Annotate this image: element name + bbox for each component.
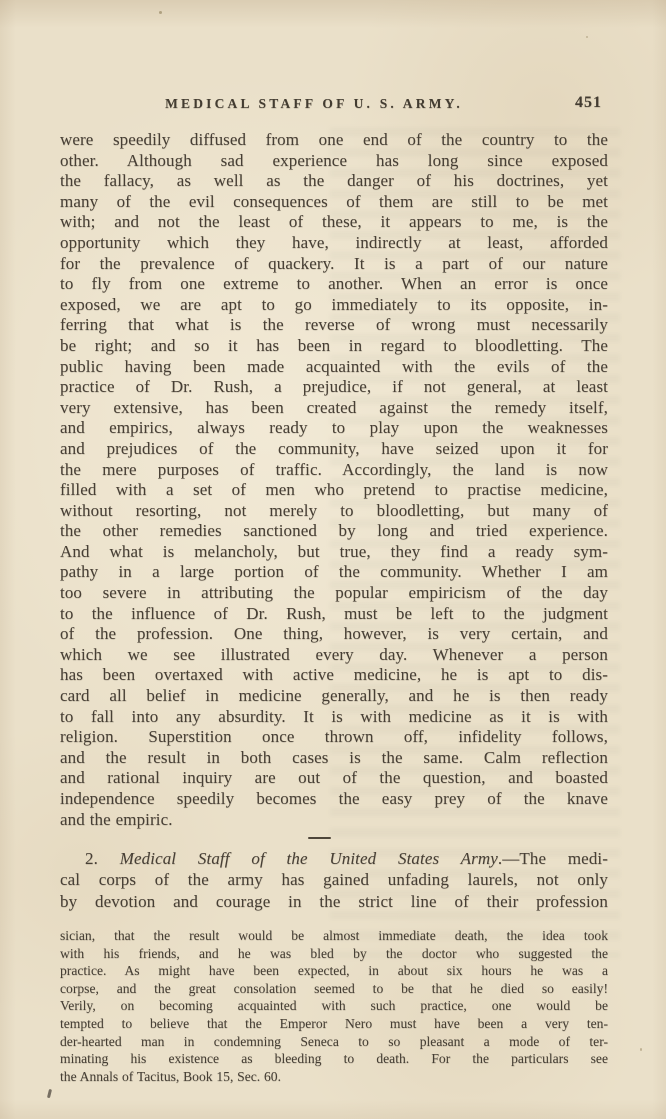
text-line: which we see illustrated every day. When… <box>60 645 608 666</box>
text-line: ferring that what is the reverse of wron… <box>60 315 608 336</box>
text-line: and the result in both cases is the same… <box>60 748 608 769</box>
text-line: without resorting, not merely to bloodle… <box>60 501 608 522</box>
text-line: the other remedies sanctioned by long an… <box>60 521 608 542</box>
text-line: the fallacy, as well as the danger of hi… <box>60 171 608 192</box>
footnote-line: minating his existence as bleeding to de… <box>60 1050 608 1068</box>
text-line: very extensive, has been created against… <box>60 398 608 419</box>
text-line: by devotion and courage in the strict li… <box>60 891 608 912</box>
text-line: too severe in attributing the popular em… <box>60 583 608 604</box>
text-line: exposed, we are apt to go immediately to… <box>60 295 608 316</box>
text-line: and prejudices of the community, have se… <box>60 439 608 460</box>
text-line: religion. Superstition once thrown off, … <box>60 727 608 748</box>
footnote-line: practice. As might have been expected, i… <box>60 962 608 980</box>
section-title-italic: Medical Staff of the United States Army <box>120 849 498 868</box>
text-line: cal corps of the army has gained unfadin… <box>60 869 608 890</box>
section-divider-rule <box>308 837 331 839</box>
body-paragraph: were speedily diffused from one end of t… <box>60 130 608 830</box>
paper-speck <box>586 36 588 38</box>
text-block: MEDICAL STAFF OF U. S. ARMY. 451 were sp… <box>60 94 608 1085</box>
text-line: were speedily diffused from one end of t… <box>60 130 608 151</box>
text-line: card all belief in medicine generally, a… <box>60 686 608 707</box>
running-head-title: MEDICAL STAFF OF U. S. ARMY. <box>60 96 568 112</box>
ink-mark <box>47 1089 52 1098</box>
text-line: to the influence of Dr. Rush, must be le… <box>60 604 608 625</box>
text-line: to fly from one extreme to another. When… <box>60 274 608 295</box>
footnote-line: corpse, and the great consolation seemed… <box>60 980 608 998</box>
section-heading-line: 2. Medical Staff of the United States Ar… <box>60 848 608 869</box>
text-line: And what is melancholy, but true, they f… <box>60 542 608 563</box>
text-line: to fall into any absurdity. It is with m… <box>60 707 608 728</box>
footnote-line: sician, that the result would be almost … <box>60 927 608 945</box>
text-line: of the profession. One thing, however, i… <box>60 624 608 645</box>
footnote-block: sician, that the result would be almost … <box>60 927 608 1085</box>
section-paragraph: 2. Medical Staff of the United States Ar… <box>60 848 608 912</box>
text-line: other. Although sad experience has long … <box>60 151 608 172</box>
text-line: and empirics, always ready to play upon … <box>60 418 608 439</box>
footnote-line: the Annals of Tacitus, Book 15, Sec. 60. <box>60 1068 608 1086</box>
text-line: pathy in a large portion of the communit… <box>60 562 608 583</box>
section-title-continuation: .—The medi- <box>498 849 608 868</box>
text-line: the mere purposes of traffic. Accordingl… <box>60 460 608 481</box>
footnote-line: tempted to believe that the Emperor Nero… <box>60 1015 608 1033</box>
book-page: MEDICAL STAFF OF U. S. ARMY. 451 were sp… <box>0 0 666 1119</box>
text-line: practice of Dr. Rush, a prejudice, if no… <box>60 377 608 398</box>
text-line: filled with a set of men who pretend to … <box>60 480 608 501</box>
footnote-line: with his friends, and he was bled by the… <box>60 945 608 963</box>
page-number: 451 <box>575 94 602 112</box>
page-header: MEDICAL STAFF OF U. S. ARMY. 451 <box>60 94 608 116</box>
text-line: be right; and so it has been in regard t… <box>60 336 608 357</box>
text-line: opportunity which they have, indirectly … <box>60 233 608 254</box>
paper-speck <box>640 1048 642 1051</box>
footnote-line: der-hearted man in condemning Seneca to … <box>60 1033 608 1051</box>
text-line: has been overtaxed with active medicine,… <box>60 665 608 686</box>
text-line: and rational inquiry are out of the ques… <box>60 768 608 789</box>
text-line: public having been made acquainted with … <box>60 357 608 378</box>
text-line: and the empiric. <box>60 810 608 831</box>
section-number: 2. <box>85 849 98 868</box>
paper-speck <box>159 11 162 14</box>
text-line: with; and not the least of these, it app… <box>60 212 608 233</box>
text-line: independence speedily becomes the easy p… <box>60 789 608 810</box>
text-line: for the prevalence of quackery. It is a … <box>60 254 608 275</box>
text-line: many of the evil consequences of them ar… <box>60 192 608 213</box>
footnote-line: Verily, on becoming acquainted with such… <box>60 997 608 1015</box>
